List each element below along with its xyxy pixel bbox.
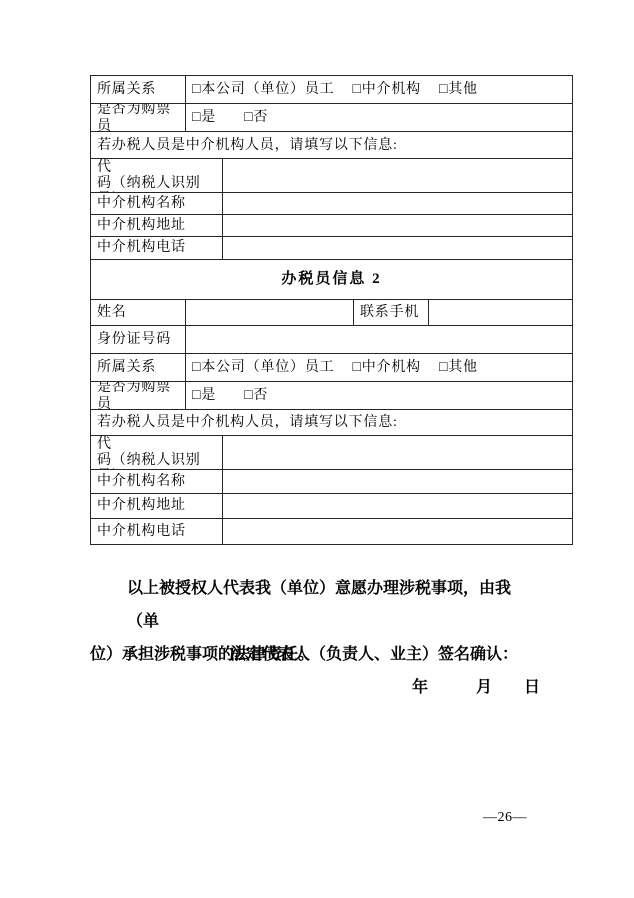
agency-phone-input-area-2[interactable] [223,519,572,544]
checkbox-yes-2[interactable]: □是 [192,387,216,404]
name-label-2: 姓名 [91,300,186,325]
agency-name-input-area-2[interactable] [223,470,572,493]
ticket-buyer-label-1: 是否为购票员 [91,104,186,131]
row-agency-address-1: 中介机构地址 [91,215,572,237]
relationship-options-2: □本公司（单位）员工 □中介机构 □其他 [186,354,572,381]
row-id-number-2: 身份证号码 [91,326,572,354]
row-agency-code-2: 中介机构社会信用代 码（纳税人识别号） [91,436,572,470]
mobile-input-area-2[interactable] [429,300,572,325]
checkbox-yes-1[interactable]: □是 [192,109,216,126]
agency-note-2: 若办税人员是中介机构人员，请填写以下信息: [91,410,572,435]
checkbox-no-2[interactable]: □否 [244,387,268,404]
agency-address-label-1: 中介机构地址 [91,215,223,236]
relationship-options-1: □本公司（单位）员工 □中介机构 □其他 [186,76,572,103]
checkbox-company-employee-2[interactable]: □本公司（单位）员工 [192,359,334,376]
agency-code-input-area-1[interactable] [223,159,572,192]
agency-phone-input-area-1[interactable] [223,237,572,259]
agency-code-label-1: 中介机构社会信用代 码（纳税人识别号） [91,159,223,192]
taxpayer-agent-form-table: 所属关系 □本公司（单位）员工 □中介机构 □其他 是否为购票员 □是 □否 若… [90,75,573,545]
ticket-buyer-options-1: □是 □否 [186,104,572,131]
declaration-line-1: 以上被授权人代表我（单位）意愿办理涉税事项，由我（单 [90,572,538,638]
row-ticket-buyer-1: 是否为购票员 □是 □否 [91,104,572,132]
row-agency-note-2: 若办税人员是中介机构人员，请填写以下信息: [91,410,572,436]
id-number-input-area-2[interactable] [186,326,572,353]
agency-address-input-area-1[interactable] [223,215,572,236]
agency-phone-label-1: 中介机构电话 [91,237,223,259]
checkbox-other-1[interactable]: □其他 [439,81,478,98]
mobile-label-2: 联系手机 [354,300,429,325]
row-ticket-buyer-2: 是否为购票员 □是 □否 [91,382,572,410]
row-agency-code-1: 中介机构社会信用代 码（纳税人识别号） [91,159,572,193]
agency-name-input-area-1[interactable] [223,193,572,214]
agency-code-input-area-2[interactable] [223,436,572,469]
checkbox-company-employee-1[interactable]: □本公司（单位）员工 [192,81,334,98]
checkbox-no-1[interactable]: □否 [244,109,268,126]
row-agency-phone-1: 中介机构电话 [91,237,572,260]
id-number-label-2: 身份证号码 [91,326,186,353]
name-input-area-2[interactable] [186,300,354,325]
row-agency-address-2: 中介机构地址 [91,494,572,519]
row-agency-phone-2: 中介机构电话 [91,519,572,544]
checkbox-other-2[interactable]: □其他 [439,359,478,376]
row-agency-name-2: 中介机构名称 [91,470,572,494]
section-header-tax-clerk-2: 办税员信息 2 [91,260,572,300]
relationship-label-1: 所属关系 [91,76,186,103]
row-agency-note-1: 若办税人员是中介机构人员，请填写以下信息: [91,132,572,159]
agency-address-input-area-2[interactable] [223,494,572,518]
checkbox-agency-1[interactable]: □中介机构 [352,81,420,98]
ticket-buyer-options-2: □是 □否 [186,382,572,409]
relationship-label-2: 所属关系 [91,354,186,381]
date-line: 年 月 日 [412,674,540,697]
row-agency-name-1: 中介机构名称 [91,193,572,215]
agency-name-label-2: 中介机构名称 [91,470,223,493]
agency-phone-label-2: 中介机构电话 [91,519,223,544]
row-relationship-2: 所属关系 □本公司（单位）员工 □中介机构 □其他 [91,354,572,382]
ticket-buyer-label-2: 是否为购票员 [91,382,186,409]
section2-title: 办税员信息 2 [91,260,572,299]
agency-name-label-1: 中介机构名称 [91,193,223,214]
checkbox-agency-2[interactable]: □中介机构 [352,359,420,376]
agency-code-label-2: 中介机构社会信用代 码（纳税人识别号） [91,436,223,469]
agency-note-1: 若办税人员是中介机构人员，请填写以下信息: [91,132,572,158]
row-name-mobile-2: 姓名 联系手机 [91,300,572,326]
page-number: —26— [483,810,527,826]
agency-address-label-2: 中介机构地址 [91,494,223,518]
signature-confirmation-line: 法定代表人（负责人、业主）签名确认： [230,641,518,664]
row-relationship-1: 所属关系 □本公司（单位）员工 □中介机构 □其他 [91,76,572,104]
document-page: 所属关系 □本公司（单位）员工 □中介机构 □其他 是否为购票员 □是 □否 若… [0,0,634,898]
